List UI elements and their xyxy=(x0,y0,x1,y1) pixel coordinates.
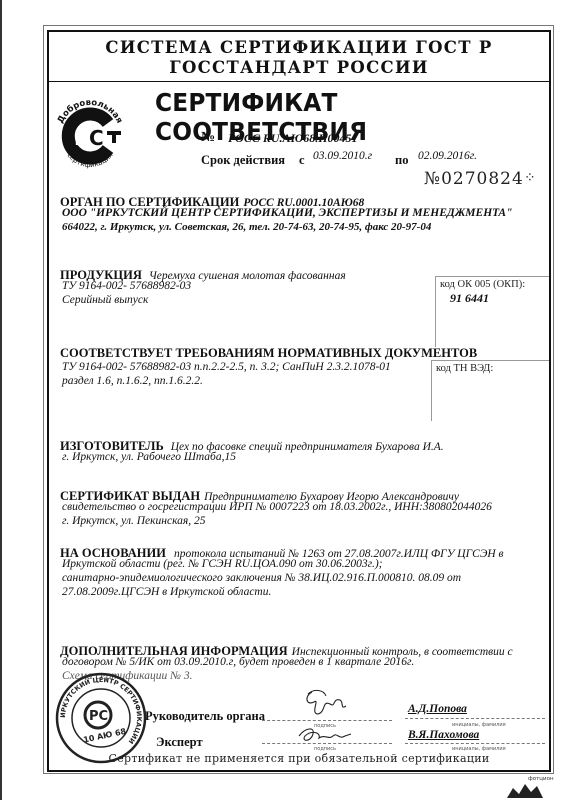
blank-serial-number: №0270824 xyxy=(424,169,524,189)
basis-line3: санитарно-эпидемиологического заключения… xyxy=(62,572,461,584)
tnved-code-label: код ТН ВЭД: xyxy=(432,361,549,374)
svg-text:С: С xyxy=(89,126,104,150)
footer-note: Сертификат не применяется при обязательн… xyxy=(47,752,551,765)
issued-to-registration: свидетельство о госрегистрации ИРП № 000… xyxy=(62,501,492,513)
product-spec: ТУ 9164-002- 57688982-03 xyxy=(62,280,191,292)
head-name-caption: инициалы, фамилия xyxy=(452,722,506,728)
round-seal-stamp-icon: ИРКУТСКИЙ ЦЕНТР СЕРТИФИКАЦИИ РС 10 АЮ 68 xyxy=(55,672,147,764)
tnved-code-value xyxy=(432,374,549,375)
validity-label: Срок действия xyxy=(201,153,285,168)
validity-from-label: с xyxy=(299,153,305,168)
tnved-code-box: код ТН ВЭД: xyxy=(431,360,549,421)
scan-edge xyxy=(0,0,2,800)
compliance-line2: раздел 1.6, п.1.6.2, пп.1.6.2.2. xyxy=(62,375,203,387)
certification-body-address: 664022, г. Иркутск, ул. Советская, 26, т… xyxy=(62,221,431,233)
expert-name-line xyxy=(405,743,545,744)
okp-code-value: 91 6441 xyxy=(436,290,549,306)
okp-code-label: код ОК 005 (ОКП): xyxy=(436,277,549,290)
number-symbol: № xyxy=(201,130,215,146)
basis-line4: 27.08.2009г.ЦГСЭН в Иркутской области. xyxy=(62,586,271,598)
head-name: А.Д.Попова xyxy=(408,703,467,715)
valid-to-date: 02.09.2016г. xyxy=(418,150,477,162)
head-signature-icon xyxy=(300,688,350,722)
rst-certification-logo-icon: Добровольная Р С сертификация xyxy=(50,95,130,175)
okp-code-box: код ОК 005 (ОКП): 91 6441 xyxy=(435,276,549,347)
compliance-line1: ТУ 9164-002- 57688982-03 п.п.2.2-2.5, п.… xyxy=(62,361,391,373)
printer-emblem-icon xyxy=(505,780,545,800)
head-name-line xyxy=(405,718,545,719)
certification-body-name: ООО "ИРКУТСКИЙ ЦЕНТР СЕРТИФИКАЦИИ, ЭКСПЕ… xyxy=(62,207,513,219)
expert-signature-icon xyxy=(295,724,355,746)
validity-to-label: по xyxy=(395,153,408,168)
additional-info-line2: договором № 5/ИК от 03.09.2010.г, будет … xyxy=(62,656,414,668)
manufacturer-address: г. Иркутск, ул. Рабочего Штаба,15 xyxy=(62,451,236,463)
system-title-line2: ГОССТАНДАРТ РОССИИ xyxy=(47,58,551,77)
valid-from-date: 03.09.2010.г xyxy=(313,150,372,162)
header-divider xyxy=(47,81,551,82)
expert-label: Эксперт xyxy=(156,735,203,750)
expert-name: В.Я.Пахомова xyxy=(408,729,479,741)
issued-to-address: г. Иркутск, ул. Пекинская, 25 xyxy=(62,515,206,527)
svg-text:Р: Р xyxy=(74,126,89,150)
svg-text:10 АЮ 68: 10 АЮ 68 xyxy=(83,727,128,745)
svg-text:РС: РС xyxy=(89,709,108,724)
head-of-body-label: Руководитель органа xyxy=(145,709,265,724)
certificate-number: РОСС RU.АЮ68.Н00451 xyxy=(228,131,358,146)
blank-mark-icon: ⁘ xyxy=(524,170,537,186)
compliance-label: СООТВЕТСТВУЕТ ТРЕБОВАНИЯМ НОРМАТИВНЫХ ДО… xyxy=(60,346,477,361)
basis-line2: Иркутской области (рег. № ГСЭН RU.ЦОА.09… xyxy=(62,558,383,570)
system-title-line1: СИСТЕМА СЕРТИФИКАЦИИ ГОСТ Р xyxy=(47,38,551,57)
product-release-type: Серийный выпуск xyxy=(62,294,148,306)
